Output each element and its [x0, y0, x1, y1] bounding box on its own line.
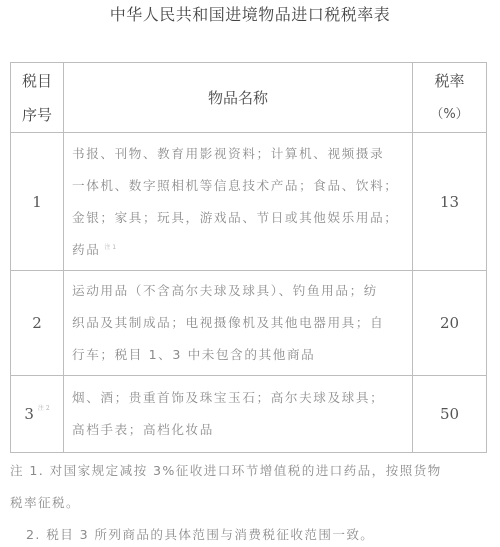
row-items: 书报、刊物、教育用影视资料；计算机、视频摄录 一体机、数字照相机等信息技术产品；… — [64, 133, 413, 271]
footnote-1-line1: 注 1. 对国家规定减按 3%征收进口环节增值税的进口药品，按照货物 — [10, 455, 490, 487]
table-row: 2 运动用品（不含高尔夫球及球具）、钓鱼用品；纺 织品及其制成品；电视摄像机及其… — [11, 271, 487, 376]
table-row: 1 书报、刊物、教育用影视资料；计算机、视频摄录 一体机、数字照相机等信息技术产… — [11, 133, 487, 271]
row-rate-value: 20 — [440, 314, 459, 332]
header-rate-line2: （%） — [413, 98, 486, 132]
item-line: 书报、刊物、教育用影视资料；计算机、视频摄录 — [72, 138, 406, 170]
header-rate: 税率 （%） — [413, 63, 487, 133]
row-index: 2 — [11, 271, 64, 376]
header-index-line1: 税目 — [11, 64, 63, 98]
table-header-row: 税目 序号 物品名称 税率 （%） — [11, 63, 487, 133]
row-index-value: 1 — [32, 193, 42, 211]
row-rate-value: 13 — [440, 193, 459, 211]
row-index-value: 3 — [24, 405, 34, 423]
row-rate-value: 50 — [440, 405, 459, 423]
item-line: 烟、酒；贵重首饰及珠宝玉石；高尔夫球及球具； — [72, 382, 406, 414]
item-line: 一体机、数字照相机等信息技术产品；食品、饮料； — [72, 170, 406, 202]
tax-rate-table: 税目 序号 物品名称 税率 （%） 1 书报、刊物、教育用影视资料；计算机、视频… — [10, 62, 487, 453]
item-line-last: 药品注 1 — [72, 234, 406, 266]
table-row: 3注 2 烟、酒；贵重首饰及珠宝玉石；高尔夫球及球具； 高档手表；高档化妆品 5… — [11, 376, 487, 453]
footnotes: 注 1. 对国家规定减按 3%征收进口环节增值税的进口药品，按照货物 税率征税。… — [10, 455, 490, 547]
item-line: 金银；家具；玩具，游戏品、节日或其他娱乐用品； — [72, 202, 406, 234]
row-rate: 20 — [413, 271, 487, 376]
footnote-1-line2: 税率征税。 — [10, 487, 490, 519]
item-line: 高档手表；高档化妆品 — [72, 414, 406, 446]
row-rate: 50 — [413, 376, 487, 453]
footnote-ref-1: 注 1 — [104, 244, 116, 251]
row-items: 烟、酒；贵重首饰及珠宝玉石；高尔夫球及球具； 高档手表；高档化妆品 — [64, 376, 413, 453]
item-line: 织品及其制成品；电视摄像机及其他电器用具；自 — [72, 307, 406, 339]
header-name: 物品名称 — [64, 63, 413, 133]
row-index: 1 — [11, 133, 64, 271]
item-line: 行车；税目 1、3 中未包含的其他商品 — [72, 339, 406, 371]
footnote-2: 2. 税目 3 所列商品的具体范围与消费税征收范围一致。 — [10, 519, 490, 547]
footnote-ref-2: 注 2 — [38, 405, 50, 412]
row-index-value: 2 — [32, 314, 42, 332]
header-index: 税目 序号 — [11, 63, 64, 133]
row-items: 运动用品（不含高尔夫球及球具）、钓鱼用品；纺 织品及其制成品；电视摄像机及其他电… — [64, 271, 413, 376]
item-line-text: 药品 — [72, 242, 100, 257]
item-line: 运动用品（不含高尔夫球及球具）、钓鱼用品；纺 — [72, 275, 406, 307]
row-index: 3注 2 — [11, 376, 64, 453]
row-rate: 13 — [413, 133, 487, 271]
page-title: 中华人民共和国进境物品进口税税率表 — [0, 2, 500, 25]
header-rate-line1: 税率 — [413, 64, 486, 98]
header-index-line2: 序号 — [11, 98, 63, 132]
header-name-label: 物品名称 — [208, 89, 268, 107]
